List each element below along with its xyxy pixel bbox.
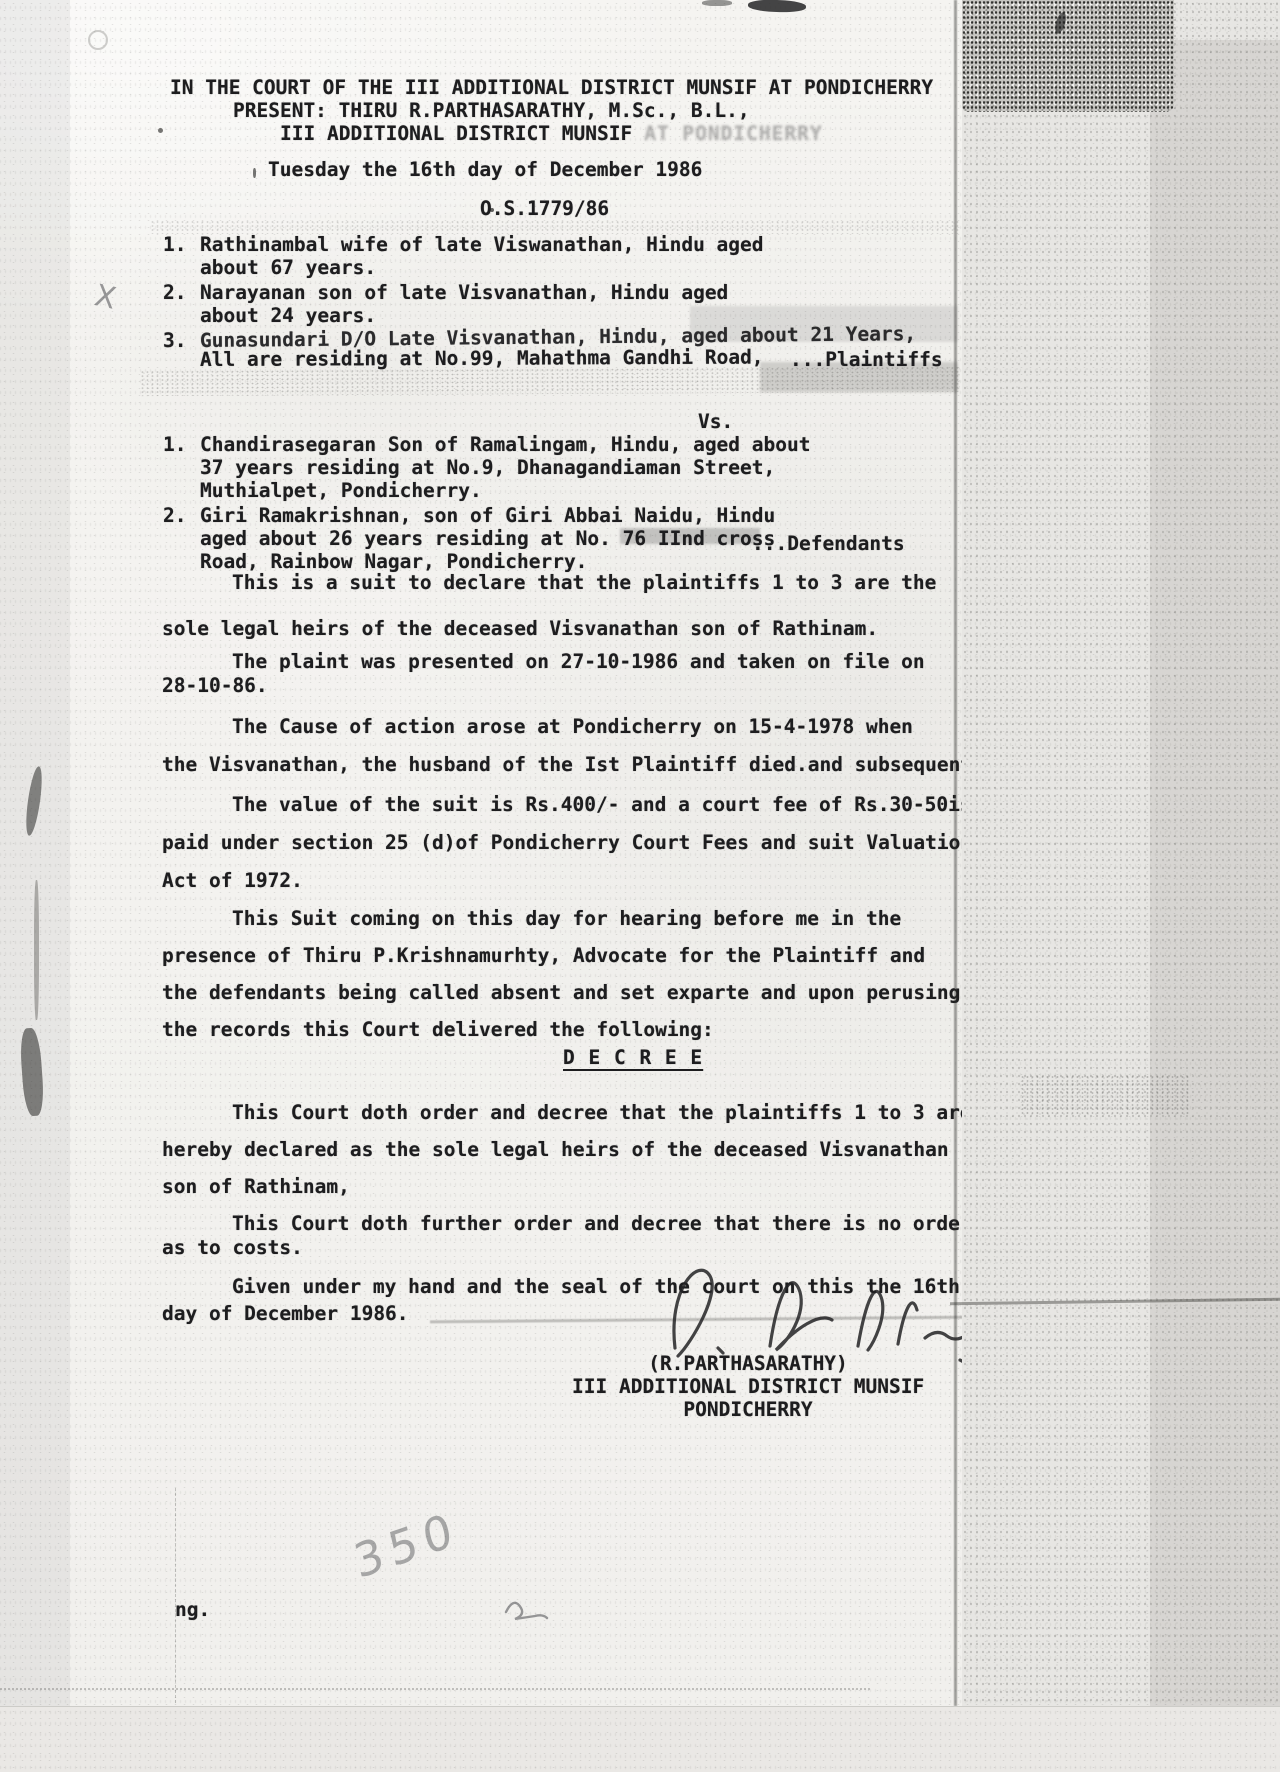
defendant-line: 37 years residing at No.9, Dhanagandiama… [200, 456, 810, 479]
paragraph-line: presence of Thiru P.Krishnamurhty, Advoc… [162, 937, 960, 974]
case-number: O.S.1779/86 [480, 197, 609, 220]
defendants-list: 1. Chandirasegaran Son of Ramalingam, Hi… [163, 433, 810, 575]
defendants-label: ...Defendants [752, 532, 905, 555]
pencil-scribble [500, 1592, 560, 1626]
decree-paragraph-order: This Court doth order and decree that th… [162, 1094, 972, 1205]
scanner-margin-shadow [1150, 40, 1280, 1772]
plaintiff-line: Rathinambal wife of late Viswanathan, Hi… [200, 233, 764, 256]
header-line-3-text: III ADDITIONAL DISTRICT MUNSIF [280, 122, 632, 145]
plaintiffs-label: ...Plaintiffs [790, 348, 943, 371]
paragraph-line: the Visvanathan, the husband of the Ist … [162, 746, 972, 784]
paragraph-line: This Court doth order and decree that th… [162, 1094, 972, 1131]
edge-ink-mark [1053, 11, 1068, 35]
judge-signature [620, 1250, 1090, 1368]
hearing-date: Tuesday the 16th day of December 1986 [268, 158, 702, 181]
paragraph-line: the defendants being called absent and s… [162, 974, 960, 1011]
paragraph-line: hereby declared as the sole legal heirs … [162, 1131, 972, 1168]
plaintiff-line: Narayanan son of late Visvanathan, Hindu… [200, 281, 728, 304]
scanner-bottom-band [0, 1706, 1280, 1772]
versus-label: Vs. [698, 410, 733, 433]
judge-place: PONDICHERRY [572, 1398, 924, 1421]
paragraph-line: The value of the suit is Rs.400/- and a … [162, 786, 972, 824]
body-paragraph-suit-declaration: This is a suit to declare that the plain… [162, 560, 936, 652]
defendant-line: Giri Ramakrishnan, son of Giri Abbai Nai… [200, 504, 775, 527]
body-paragraph-plaint-presented: The plaint was presented on 27-10-1986 a… [162, 650, 925, 698]
paragraph-line: Act of 1972. [162, 862, 972, 900]
document-page: IN THE COURT OF THE III ADDITIONAL DISTR… [0, 0, 962, 1706]
header-line-2: PRESENT: THIRU R.PARTHASARATHY, M.Sc., B… [233, 99, 933, 122]
toner-speckle [1020, 1075, 1190, 1115]
paragraph-line: This Suit coming on this day for hearing… [162, 900, 960, 937]
paragraph-line: 28-10-86. [162, 674, 925, 698]
defendant-line: Muthialpet, Pondicherry. [200, 479, 810, 502]
defendant-number: 1. [163, 433, 200, 456]
footer-initials: ng. [175, 1598, 210, 1621]
defendant-line: Chandirasegaran Son of Ramalingam, Hindu… [200, 433, 810, 456]
header-line-1: IN THE COURT OF THE III ADDITIONAL DISTR… [170, 76, 933, 99]
defendant-number: 2. [163, 504, 200, 527]
scanner-margin-band [962, 0, 1280, 1772]
paragraph-line: son of Rathinam, [162, 1168, 972, 1205]
plaintiff-item: 2. Narayanan son of late Visvanathan, Hi… [163, 281, 916, 327]
paragraph-line: sole legal heirs of the deceased Visvana… [162, 606, 936, 652]
corner-speckle-block [962, 0, 1174, 112]
body-paragraph-cause-of-action: The Cause of action arose at Pondicherry… [162, 708, 972, 784]
plaintiff-number: 3. [163, 329, 200, 352]
body-paragraph-suit-value: The value of the suit is Rs.400/- and a … [162, 786, 972, 900]
paragraph-line: the records this Court delivered the fol… [162, 1011, 960, 1048]
body-paragraph-hearing: This Suit coming on this day for hearing… [162, 900, 960, 1048]
scanned-court-decree: IN THE COURT OF THE III ADDITIONAL DISTR… [0, 0, 1280, 1772]
paragraph-line: paid under section 25 (d)of Pondicherry … [162, 824, 972, 862]
header-line-3-faded: AT PONDICHERRY [644, 122, 822, 145]
paragraph-line: The plaint was presented on 27-10-1986 a… [162, 650, 925, 674]
defendant-line: aged about 26 years residing at No. 76 I… [200, 527, 775, 550]
header-line-3: III ADDITIONAL DISTRICT MUNSIFAT PONDICH… [280, 122, 933, 145]
paragraph-line: This Court doth further order and decree… [162, 1212, 972, 1236]
judge-title: III ADDITIONAL DISTRICT MUNSIF [572, 1375, 924, 1398]
plaintiff-line: about 67 years. [200, 256, 764, 279]
paragraph-line: This is a suit to declare that the plain… [162, 560, 936, 606]
decree-heading: D E C R E E [563, 1046, 703, 1069]
paragraph-line: The Cause of action arose at Pondicherry… [162, 708, 972, 746]
plaintiff-item: 1. Rathinambal wife of late Viswanathan,… [163, 233, 916, 279]
court-header: IN THE COURT OF THE III ADDITIONAL DISTR… [170, 76, 933, 145]
plaintiff-number: 1. [163, 233, 200, 256]
plaintiff-line: about 24 years. [200, 304, 728, 327]
plaintiff-number: 2. [163, 281, 200, 304]
defendant-item: 1. Chandirasegaran Son of Ramalingam, Hi… [163, 433, 810, 502]
